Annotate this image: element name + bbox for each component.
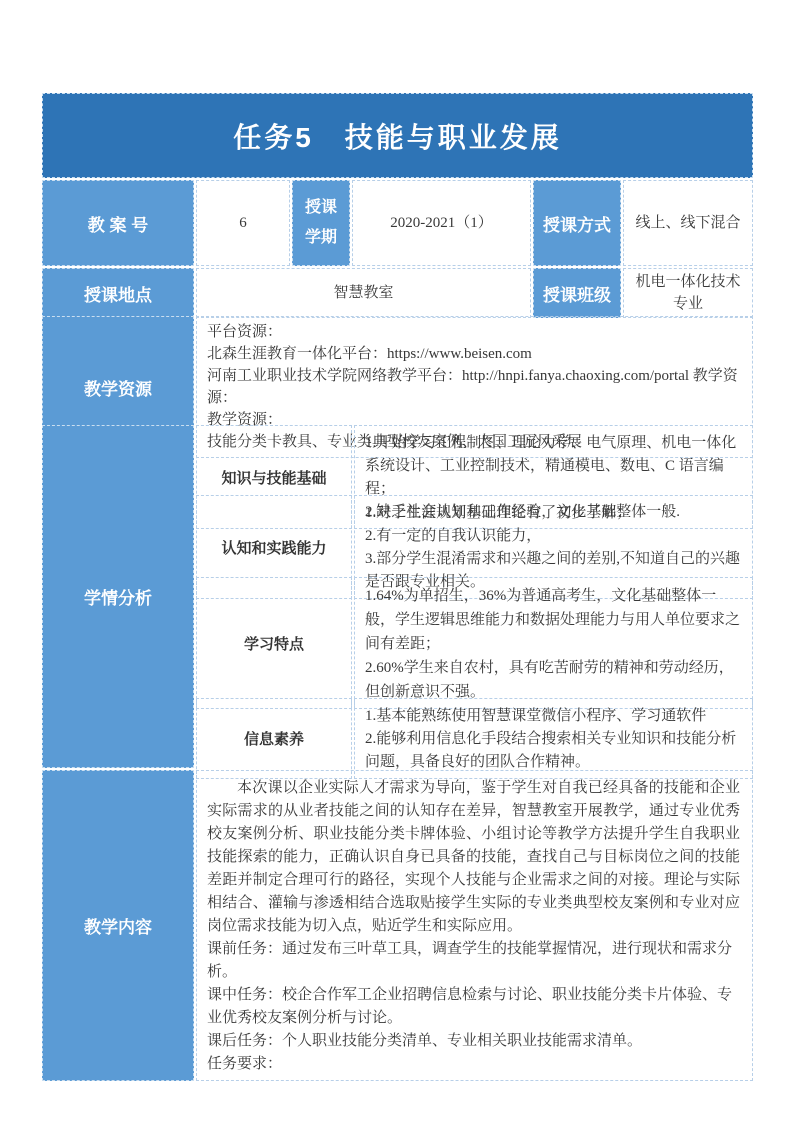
content-body: 本次课以企业实际人才需求为导向，鉴于学生对自我已经具备的技能和企业实际需求的从业…: [196, 770, 753, 1081]
class-label: 授课班级: [533, 268, 621, 318]
analysis-line: 1.64%为单招生，36%为普通高考生，文化基础整体一般，学生逻辑思维能力和数据…: [365, 584, 740, 656]
analysis-line: 2.60%学生来自农村，具有吃苦耐劳的精神和劳动经历，但创新意识不强。: [365, 656, 740, 704]
content-row: 教学内容 本次课以企业实际人才需求为导向，鉴于学生对自我已经具备的技能和企业实际…: [42, 770, 753, 1048]
analysis-subrow-learning: 学习特点 1.64%为单招生，36%为普通高考生，文化基础整体一般，学生逻辑思维…: [196, 577, 753, 696]
analysis-line: 1.开始学习工程制图、理论力学、电气原理、机电一体化系统设计、工业控制技术，精通…: [365, 432, 740, 501]
subrow-label: 学习特点: [196, 577, 352, 709]
resource-line: 平台资源：: [207, 321, 742, 343]
analysis-line: 1.对于生涯规划基础理论有了初步了解；: [365, 502, 740, 525]
analysis-line: 2.有一定的自我认识能力，: [365, 525, 740, 548]
resource-line: 河南工业职业技术学院网络教学平台：http://hnpi.fanya.chaox…: [207, 365, 742, 409]
content-line: 课中任务：校企合作军工企业招聘信息检索与讨论、职业技能分类卡片体验、专业优秀校友…: [207, 984, 740, 1030]
lesson-no-value: 6: [196, 180, 290, 266]
subrow-content: 1.64%为单招生，36%为普通高考生，文化基础整体一般，学生逻辑思维能力和数据…: [354, 577, 753, 709]
analysis-subrow-knowledge: 知识与技能基础 1.开始学习工程制图、理论力学、电气原理、机电一体化系统设计、工…: [196, 425, 753, 493]
semester-label: 授课学期: [292, 180, 350, 266]
content-line: 课前任务：通过发布三叶草工具，调查学生的技能掌握情况，进行现状和需求分析。: [207, 938, 740, 984]
lesson-plan-table: 任务5 技能与职业发展 教 案 号 6 授课学期 2020-2021（1） 授课…: [42, 93, 753, 1048]
analysis-line: 2.能够利用信息化手段结合搜索相关专业知识和技能分析问题，具备良好的团队合作精神…: [365, 728, 740, 774]
mode-label: 授课方式: [533, 180, 621, 266]
analysis-line: 1.基本能熟练使用智慧课堂微信小程序、学习通软件: [365, 705, 740, 728]
location-value: 智慧教室: [196, 268, 531, 318]
analysis-subrow-information: 信息素养 1.基本能熟练使用智慧课堂微信小程序、学习通软件 2.能够利用信息化手…: [196, 698, 753, 768]
content-line: 任务要求：: [207, 1053, 740, 1076]
class-value: 机电一体化技术专业: [623, 268, 753, 318]
analysis-subrow-cognition: 认知和实践能力 1.对于生涯规划基础理论有了初步了解； 2.有一定的自我认识能力…: [196, 495, 753, 575]
semester-value: 2020-2021（1）: [352, 180, 531, 266]
page-title: 任务5 技能与职业发展: [42, 93, 753, 178]
mode-value: 线上、线下混合: [623, 180, 753, 266]
content-paragraph: 本次课以企业实际人才需求为导向，鉴于学生对自我已经具备的技能和企业实际需求的从业…: [207, 777, 740, 938]
resource-line: 北森生涯教育一体化平台：https://www.beisen.com: [207, 343, 742, 365]
resources-row: 教学资源 平台资源： 北森生涯教育一体化平台：https://www.beise…: [42, 316, 753, 423]
document-page: 任务5 技能与职业发展 教 案 号 6 授课学期 2020-2021（1） 授课…: [0, 0, 794, 1123]
location-label: 授课地点: [42, 268, 194, 318]
analysis-label: 学情分析: [42, 425, 194, 768]
lesson-no-label: 教 案 号: [42, 180, 194, 266]
info-row-2: 授课地点 智慧教室 授课班级 机电一体化技术专业: [42, 268, 753, 314]
subrow-content: 1.基本能熟练使用智慧课堂微信小程序、学习通软件 2.能够利用信息化手段结合搜索…: [354, 698, 753, 779]
info-row-1: 教 案 号 6 授课学期 2020-2021（1） 授课方式 线上、线下混合: [42, 180, 753, 266]
content-line: 课后任务：个人职业技能分类清单、专业相关职业技能需求清单。: [207, 1030, 740, 1053]
subrow-label: 信息素养: [196, 698, 352, 779]
analysis-row: 学情分析 知识与技能基础 1.开始学习工程制图、理论力学、电气原理、机电一体化系…: [42, 425, 753, 768]
analysis-subrows: 知识与技能基础 1.开始学习工程制图、理论力学、电气原理、机电一体化系统设计、工…: [196, 425, 753, 768]
content-label: 教学内容: [42, 770, 194, 1081]
